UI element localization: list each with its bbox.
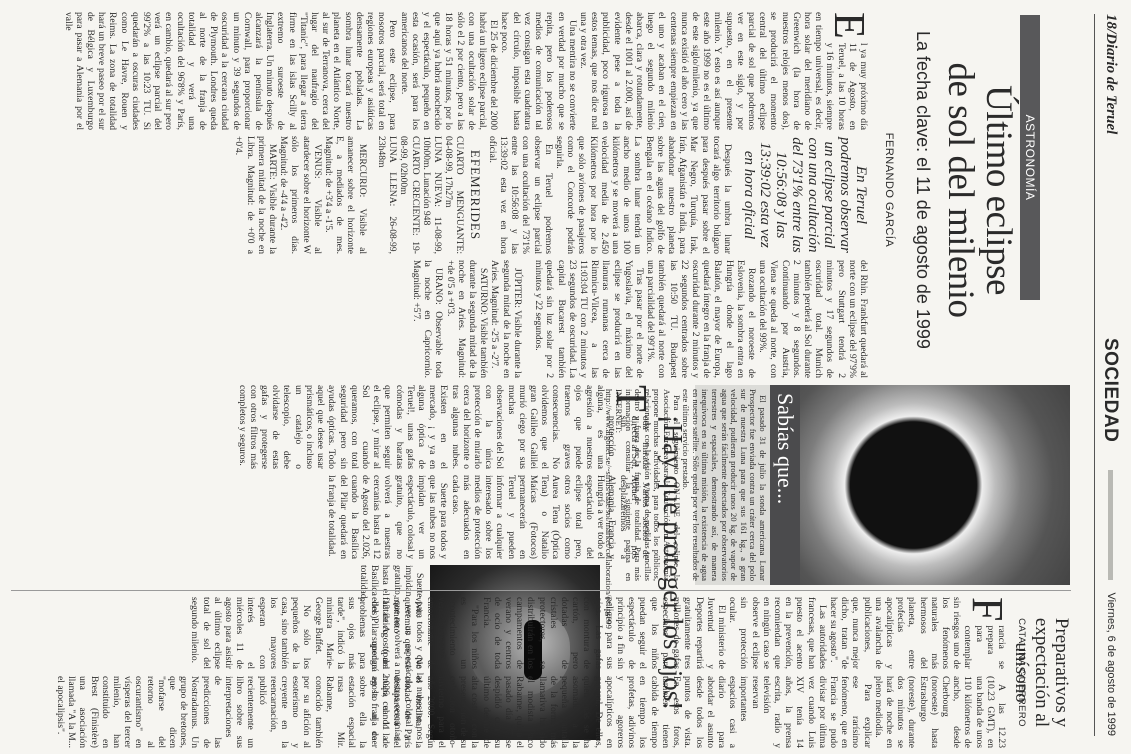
column-rule [11,590,1071,591]
paragraph: "Para los niños es un acontecimiento ver… [312,597,480,669]
eclipse-photo [800,385,1070,585]
paragraph: No sólo los pequeños de la casa, sino ta… [189,597,312,669]
paragraph: Una mentira no se convierte en verdad po… [499,12,577,130]
paragraph: Rozando el noroeste de Eslovenia, la som… [645,260,757,378]
astronomy-headline: Último eclipse de sol del milenio [941,15,1017,365]
astronomy-column-2: En Teruel podremos observar un eclipse p… [7,136,869,254]
astronomy-dropcap: E [831,12,867,39]
planet-item: URANO: Observable toda la noche en Capri… [411,260,445,378]
newspaper-page: 18/Diario de Teruel SOCIEDAD Viernes, 6 … [0,0,1131,754]
headline-line-2: de sol del milenio [941,15,979,365]
pull-quote: En Teruel podremos observar un eclipse p… [741,136,869,254]
paragraph: Varios socios de Actuel nos desplazaremo… [449,475,651,559]
astronomy-column-3: del Rhin. Frankfurt quedará al norte con… [7,260,869,378]
efemerides-item: LUNA LLENA: 26-08-99, 23h48m [376,136,398,254]
planet-item: SATURNO: Visible también durante la segu… [444,260,489,378]
paragraph: Para explicar ese rarísimo fenómeno, que… [55,676,873,748]
planet-item: VENUS: Visible al atardecer sobre el hor… [278,136,323,254]
paragraph: Suerte para todos y que las nubes no nos… [326,475,449,559]
astronomy-byline: FERNANDO GARCÍA [883,15,895,365]
preparativos-column-1: F rancia se prepara para contemplar sin … [7,597,1007,669]
paragraph: Las autoridades francesas, que han puest… [727,597,828,669]
paragraph: Tras pasar por el norte de Yugoslavia, e… [533,260,645,378]
preparativos-byline: CATALINA GUERRERO [1016,595,1027,750]
efemerides-item: CUARTO MENGUANTE: 04-08-99, 17h27m [443,136,465,254]
astronomy-banner: ASTRONOMÍA [1020,15,1040,300]
section-title: SOCIEDAD [1099,338,1121,442]
eyes-column-1: T oda mirada directa al Sol, sin protecc… [6,385,651,469]
paragraph: En Teruel podremos observar un eclipse p… [487,136,554,254]
planet-item: MARTE: Visible durante la primera mitad … [233,136,278,254]
eyes-column-2: Varios socios de Actuel nos desplazaremo… [6,475,651,559]
paragraph: El pasado 31 de julio la sonda americana… [681,389,767,581]
paragraph: oda mirada directa al Sol, sin protecció… [236,385,651,469]
paragraph: Después la umbra lunar tocará algo terri… [554,136,733,254]
sabias-title: Sabías que... [770,385,800,585]
efemerides-item: LUNA NUEVA: 11-08-99, 10h00m. Lunación 9… [421,136,443,254]
page-label: 18/Diario de Teruel [1102,14,1119,134]
planet-item: JÚPITER: Visible durante la segunda mita… [489,260,523,378]
headline-line-1: Último eclipse [979,15,1017,365]
preparativos-column-2: A las 12.23 (10.23 GMT), en una banda de… [7,676,1007,748]
planet-item: MERCURIO: Visible al amanecer sobre el h… [323,136,368,254]
issue-date: Viernes, 6 de agosto de 1999 [1105,592,1117,736]
preparativos-dropcap: F [969,597,1005,621]
sabias-box: El pasado 31 de julio la sonda americana… [695,385,770,585]
paragraph: Pero este eclipse, para nosotros parcial… [62,12,398,130]
paragraph: El 25 de diciembre del 2000 habrá un lig… [398,12,499,130]
astronomy-column-1: E l ya muy próximo día 11 de Agosto, en … [7,12,869,130]
eyes-dropcap: T [613,385,649,412]
efemerides-title: EFEMERIDES [469,136,480,254]
header-rule [1094,14,1095,736]
headline-line-1: Preparativos y [1051,595,1071,750]
paragraph: A las 12.23 (10.23 GMT), en una banda de… [873,676,1007,748]
paragraph: del Rhin. Frankfurt quedará al norte con… [757,260,869,378]
paragraph: El ministerio de Juventud y Deportes rep… [480,597,726,669]
astronomy-subhead: La fecha clave: el 11 de agosto de 1999 [912,15,933,365]
section-accent-bar [1108,470,1113,580]
efemerides-item: CUARTO CRECIENTE: 19-08-99, 02h00m [398,136,420,254]
